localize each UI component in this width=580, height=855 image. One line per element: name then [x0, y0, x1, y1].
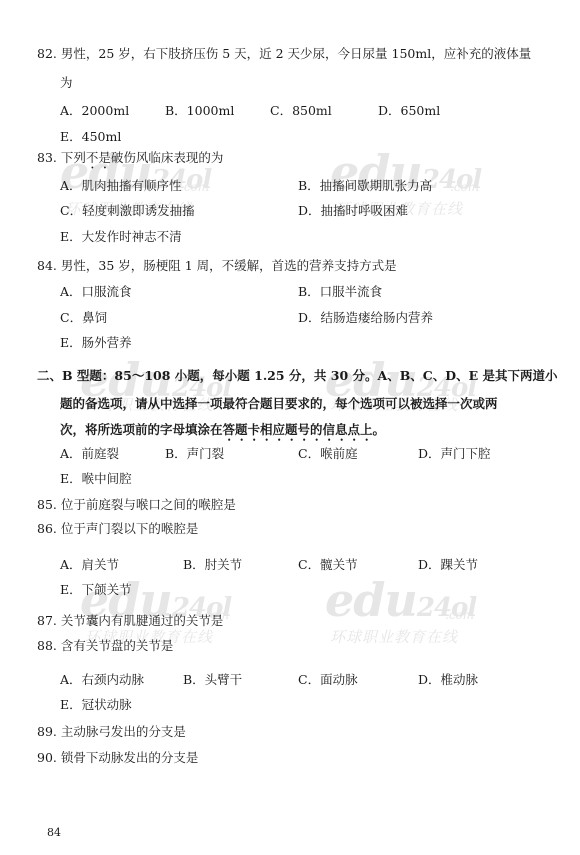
option-d: D．声门下腔 — [418, 446, 491, 462]
option-c: C．髋关节 — [298, 557, 358, 573]
option-a: A．口服流食 — [60, 284, 132, 300]
option-b: B．肘关节 — [183, 557, 242, 573]
emphasis-answer-sheet: 答题卡相应题号的信息点上 — [223, 422, 373, 437]
option-c: C．轻度刺激即诱发抽搐 — [60, 203, 195, 219]
option-d: D．650ml — [378, 103, 440, 119]
option-d: D．结肠造瘘给肠内营养 — [298, 310, 433, 326]
page-number: 84 — [47, 826, 61, 839]
option-a: A．肩关节 — [60, 557, 119, 573]
question-87: 87. 关节囊内有肌腱通过的关节是 — [37, 613, 223, 629]
question-86: 86. 位于声门裂以下的喉腔是 — [37, 521, 198, 537]
option-e: E．喉中间腔 — [60, 471, 132, 487]
watermark-logo: edu24ol — [330, 150, 530, 202]
option-a: A．2000ml — [60, 103, 129, 119]
option-c: C．面动脉 — [298, 672, 358, 688]
question-82-stem: 82. 男性，25 岁，右下肢挤压伤 5 天，近 2 天少尿，今日尿量 150m… — [37, 46, 531, 62]
option-a: A．肌肉抽搐有顺序性 — [60, 178, 182, 194]
option-e: E．冠状动脉 — [60, 697, 132, 713]
watermark-logo: edu24ol — [325, 578, 525, 630]
option-b: B．抽搐间歇期肌张力高 — [298, 178, 432, 194]
emphasis-not: 不是 — [86, 150, 111, 165]
question-88: 88. 含有关节盘的关节是 — [37, 638, 173, 654]
option-d: D．踝关节 — [418, 557, 478, 573]
option-c: C．850ml — [270, 103, 332, 119]
option-d: D．椎动脉 — [418, 672, 478, 688]
question-85: 85. 位于前庭裂与喉口之间的喉腔是 — [37, 497, 236, 513]
question-82-stem-cont: 为 — [60, 75, 73, 91]
question-90: 90. 锁骨下动脉发出的分支是 — [37, 750, 198, 766]
option-e: E．大发作时神志不清 — [60, 229, 182, 245]
watermark: edu24ol .com 环球职业教育在线 — [325, 578, 525, 668]
question-83-stem: 83. 下列不是破伤风临床表现的为 — [37, 150, 223, 172]
option-c: C．喉前庭 — [298, 446, 358, 462]
option-d: D．抽搐时呼吸困难 — [298, 203, 408, 219]
watermark: edu24ol .com 环球职业教育在线 — [330, 150, 530, 240]
option-b: B．头臂干 — [183, 672, 242, 688]
option-b: B．口服半流食 — [298, 284, 382, 300]
question-89: 89. 主动脉弓发出的分支是 — [37, 724, 186, 740]
option-c: C．鼻饲 — [60, 310, 107, 326]
option-e: E．450ml — [60, 129, 121, 145]
option-b: B．1000ml — [165, 103, 234, 119]
option-e: E．肠外营养 — [60, 335, 132, 351]
option-e: E．下颌关节 — [60, 582, 132, 598]
option-b: B．声门裂 — [165, 446, 224, 462]
option-a: A．右颈内动脉 — [60, 672, 144, 688]
question-84-stem: 84. 男性，35 岁，肠梗阻 1 周，不缓解，首选的营养支持方式是 — [37, 258, 397, 274]
option-a: A．前庭裂 — [60, 446, 119, 462]
